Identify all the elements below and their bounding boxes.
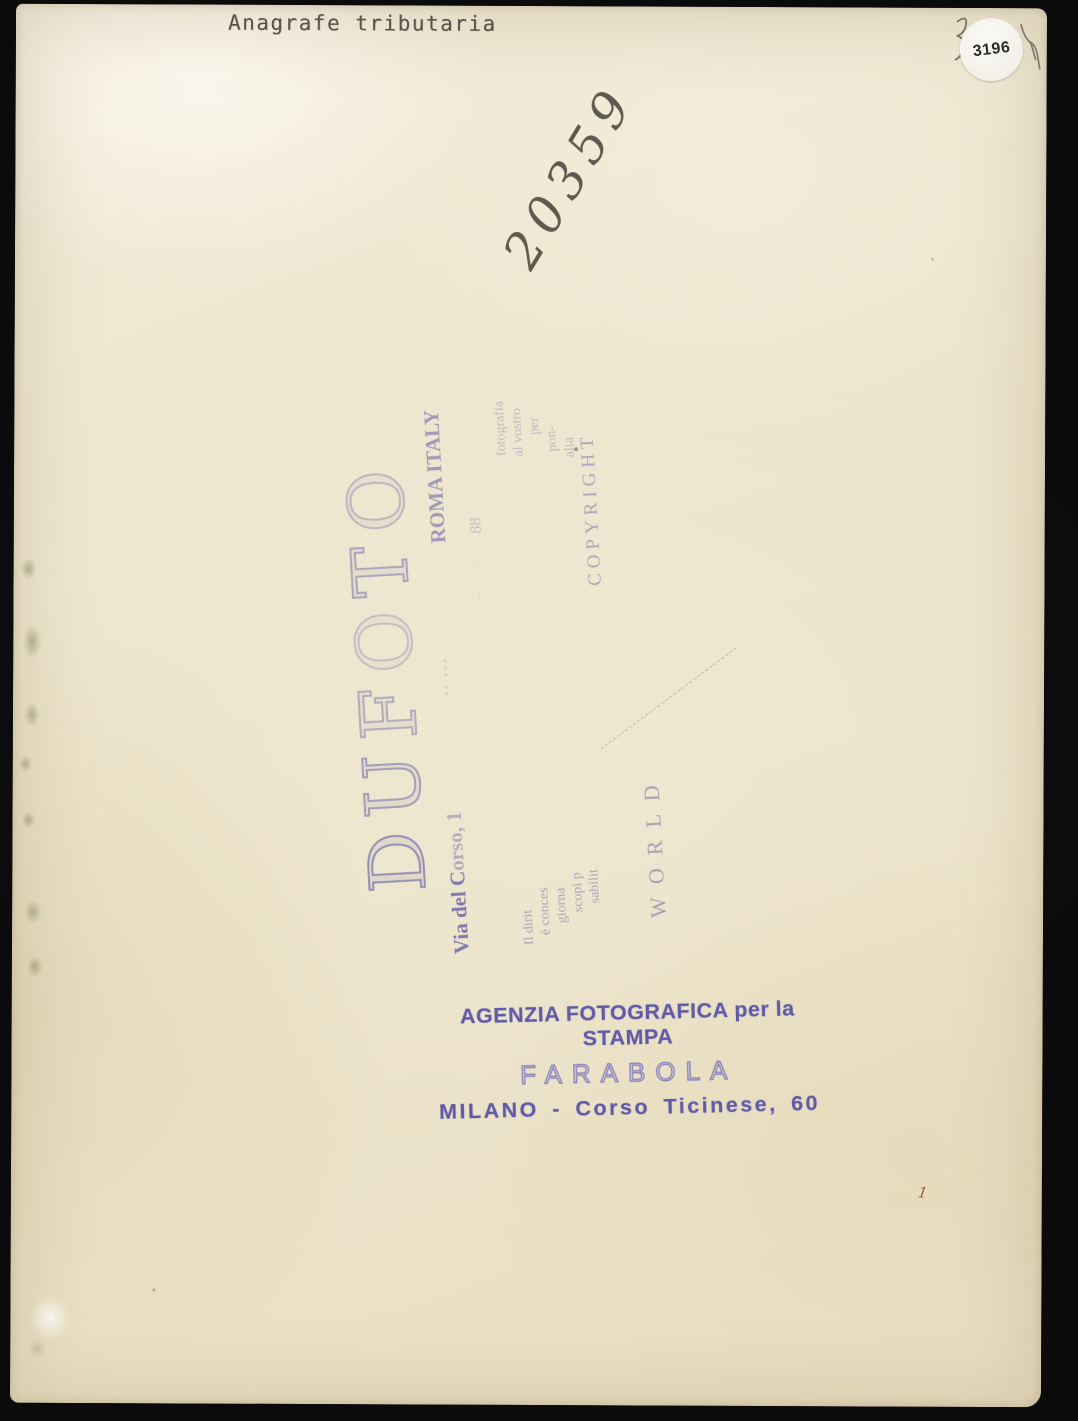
brand-letter: U [346,737,439,820]
rights-start: sabilit [585,869,604,904]
stain [19,618,45,666]
speck [152,1288,155,1291]
world-label: WORLD [638,772,672,919]
brand-letter: F [342,671,435,743]
stain [21,698,43,732]
address2-faded: ··· ···· [469,559,489,601]
address-start: Via del C [445,870,475,955]
address-mid: orso, 1 [442,811,470,872]
sticker-number: 3196 [972,38,1011,60]
rights-start: giorna [552,887,571,924]
handwritten-number-area: 20359 [453,74,686,279]
rights-end: per [526,417,544,436]
inventory-sticker: 3196 [960,18,1023,81]
speck [931,258,934,261]
red-pen-mark: 1 [917,1183,929,1202]
brand-letter: D [350,815,443,895]
stain [18,554,40,584]
stain [18,808,38,832]
handwritten-number: 20359 [492,74,647,279]
brand-letter: O [330,454,423,535]
stamp-address-line2: ··· ···· 88 [467,517,503,838]
stain [24,1334,50,1364]
rights-end: pon- [543,426,561,453]
dufoto-stamp: DUFOTO Via del Corso, 1 ·· ··· ROMA ITAL… [335,366,713,975]
scanned-photo-back: { "header": { "typed_title": "Anagrafe t… [0,0,1078,1421]
address-end: ROMA ITALY [419,409,452,544]
rights-faded: · · · · · · · · [572,632,592,695]
address2-end: 88 [467,517,486,534]
stain [20,1286,80,1350]
rights-start: Il dirit [519,909,538,945]
brand-letter: T [334,530,427,600]
stain [17,752,35,776]
brand-letter: O [338,594,431,675]
agency-name: FARABOLA [418,1052,839,1093]
stain [21,896,45,928]
rights-end: al vostro [508,408,528,457]
typed-caption: Anagrafe tributaria [228,11,497,36]
farabola-stamp: AGENZIA FOTOGRAFICA per la STAMPA FARABO… [417,996,840,1126]
agency-line1: AGENZIA FOTOGRAFICA per la STAMPA [417,996,838,1056]
agency-address: MILANO - Corso Ticinese, 60 [419,1090,839,1125]
stain [24,952,46,982]
photo-paper-verso: Anagrafe tributaria 20359 3196 DUFOTO Vi… [10,4,1047,1407]
